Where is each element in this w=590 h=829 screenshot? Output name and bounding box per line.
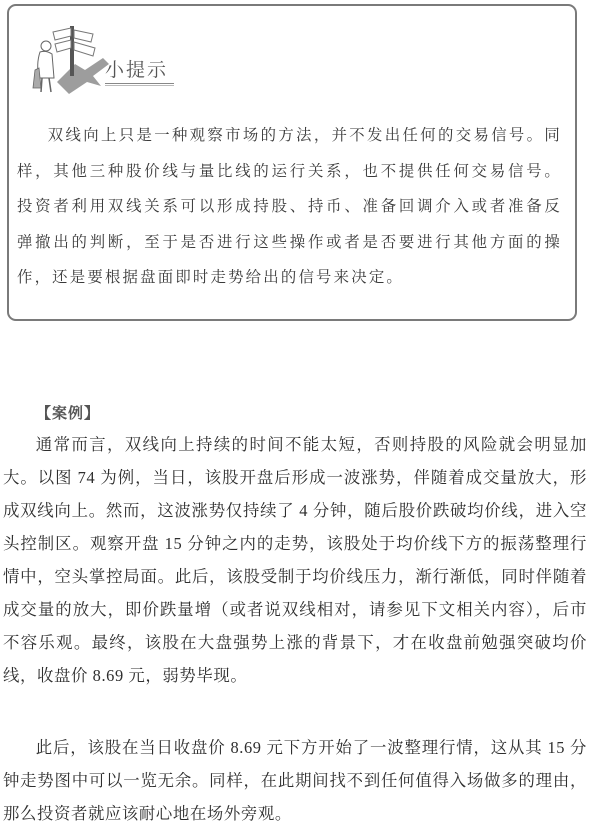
title-underline <box>105 83 174 86</box>
case-paragraph-2: 此后，该股在当日收盘价 8.69 元下方开始了一波整理行情，这从其 15 分钟走… <box>3 731 587 829</box>
tip-title: 小提示 <box>105 58 168 82</box>
case-paragraph-1: 通常而言，双线向上持续的时间不能太短，否则持股的风险就会明显加大。以图 74 为… <box>3 428 587 692</box>
tip-text: 双线向上只是一种观察市场的方法，并不发出任何的交易信号。同样，其他三种股价线与量… <box>17 118 562 296</box>
signpost-traveler-illustration <box>27 20 113 96</box>
case-heading: 【案例】 <box>36 402 100 423</box>
